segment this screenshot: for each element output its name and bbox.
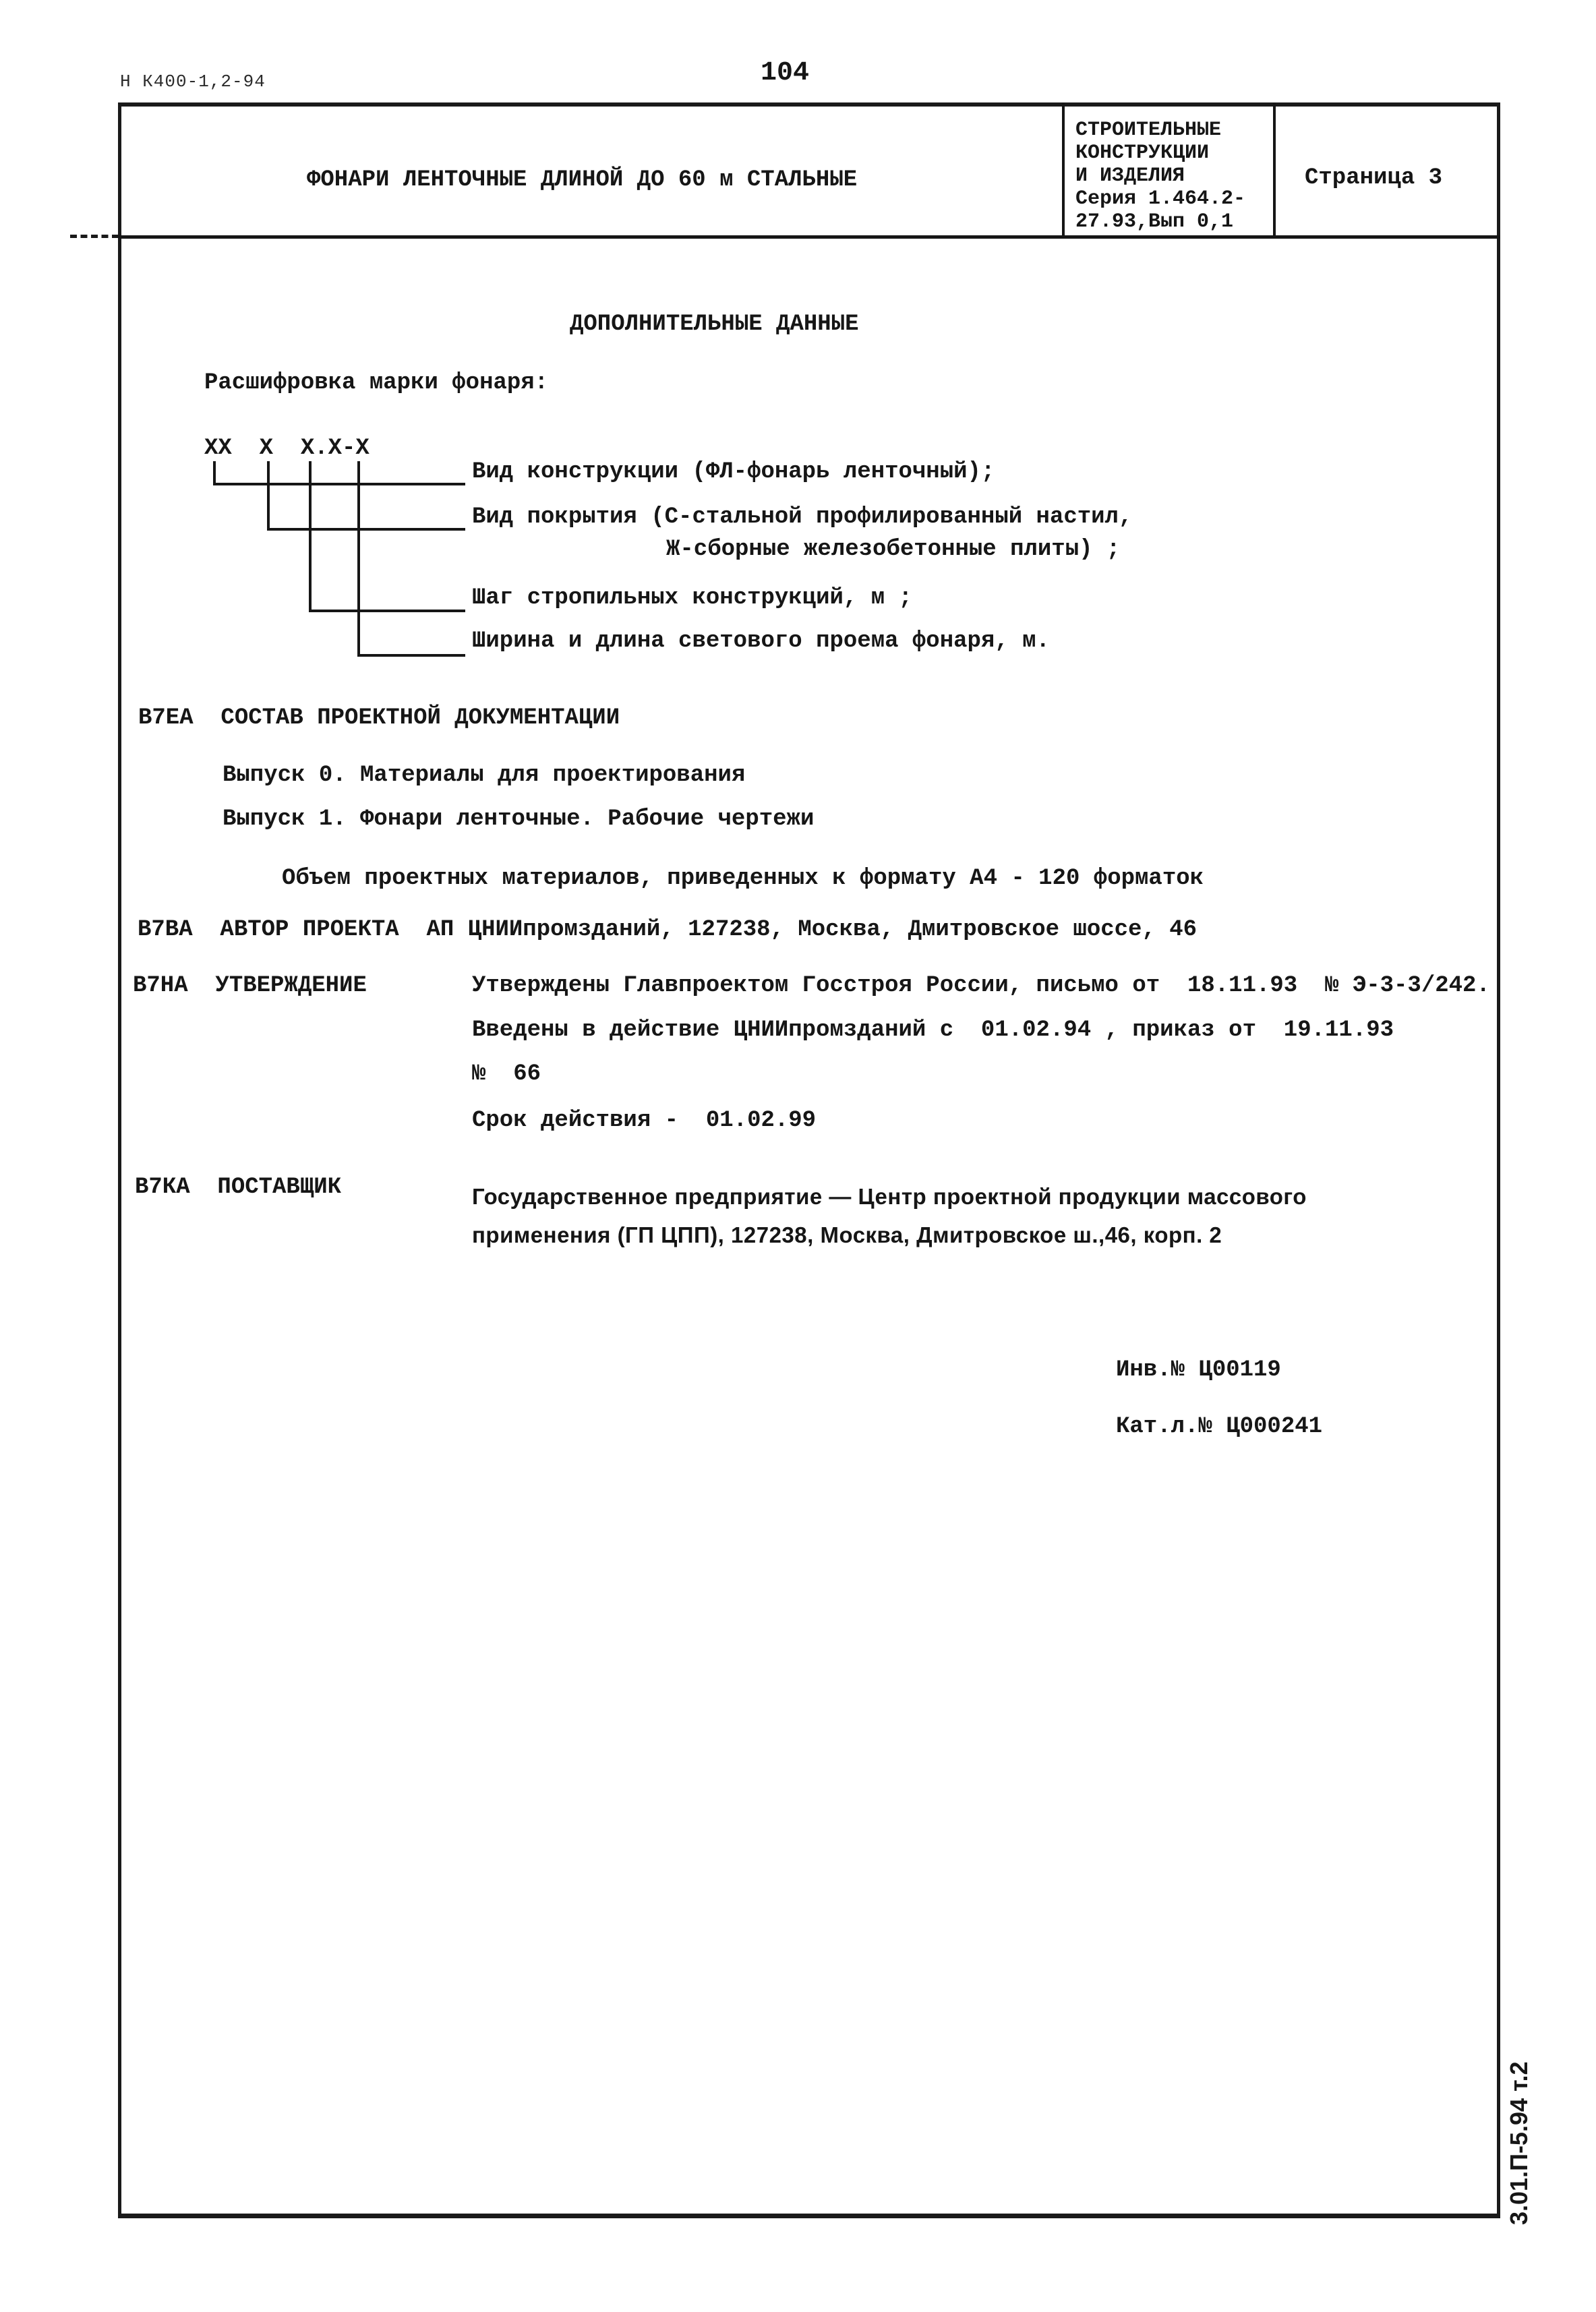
approval-line-2: Введены в действие ЦНИИпромзданий с 01.0… [472, 1017, 1394, 1043]
page-frame [118, 102, 1500, 2218]
series-cell-left-border [1062, 102, 1065, 237]
series-cell-line-2: КОНСТРУКЦИИ [1075, 142, 1209, 165]
series-cell-line-5: 27.93,Вып 0,1 [1075, 210, 1233, 233]
approval-line-3: № 66 [472, 1061, 541, 1087]
approval-label: В7НА УТВЕРЖДЕНИЕ [133, 973, 367, 999]
decode-connector-h2 [267, 528, 465, 531]
decode-connector-v1 [213, 461, 216, 485]
author-line: В7ВА АВТОР ПРОЕКТА АП ЦНИИпромзданий, 12… [138, 917, 1197, 943]
series-cell-line-3: И ИЗДЕЛИЯ [1075, 165, 1185, 187]
series-cell-right-border [1273, 102, 1276, 237]
edition-code-vertical: 3.01.П-5.94 т.2 [1505, 2062, 1533, 2226]
decode-label-construction: Вид конструкции (ФЛ-фонарь ленточный); [472, 459, 995, 485]
supplier-label: В7КА ПОСТАВЩИК [135, 1175, 341, 1200]
supplier-line-1: Государственное предприятие — Центр прое… [472, 1184, 1307, 1210]
docs-issue-0: Выпуск 0. Материалы для проектирования [223, 763, 745, 788]
page-cell-label: Страница 3 [1305, 165, 1442, 191]
document-title: ФОНАРИ ЛЕНТОЧНЫЕ ДЛИНОЙ ДО 60 м СТАЛЬНЫЕ [307, 167, 857, 193]
decode-label-opening-size: Ширина и длина светового проема фонаря, … [472, 628, 1050, 654]
header-band-separator [118, 235, 1500, 239]
inventory-number: Инв.№ Ц00119 [1116, 1357, 1281, 1383]
decode-connector-h3 [309, 610, 465, 612]
margin-dash-marks [70, 235, 119, 238]
decode-connector-v4 [357, 461, 360, 657]
decode-connector-v2 [267, 461, 270, 531]
mark-pattern: XX X X.X-X [204, 436, 370, 461]
decode-connector-v3 [309, 461, 312, 612]
scanned-document-page: Н К400-1,2-94 104 ФОНАРИ ЛЕНТОЧНЫЕ ДЛИНО… [0, 0, 1596, 2312]
decode-label-coating-2: Ж-сборные железобетонные плиты) ; [666, 537, 1120, 562]
series-cell-line-4: Серия 1.464.2- [1075, 187, 1245, 210]
decode-connector-h1 [213, 483, 465, 485]
decode-intro: Расшифровка марки фонаря: [204, 370, 548, 396]
decode-label-coating-1: Вид покрытия (С-стальной профилированный… [472, 504, 1132, 530]
docs-volume: Объем проектных материалов, приведенных … [282, 866, 1204, 891]
supplier-line-2: применения (ГП ЦПП), 127238, Москва, Дми… [472, 1222, 1222, 1248]
series-cell-line-1: СТРОИТЕЛЬНЫЕ [1075, 119, 1221, 142]
decode-connector-h4 [357, 654, 465, 657]
docs-issue-1: Выпуск 1. Фонари ленточные. Рабочие черт… [223, 806, 814, 832]
page-number: 104 [761, 58, 809, 88]
approval-line-1: Утверждены Главпроектом Госстроя России,… [472, 973, 1490, 999]
approval-line-4: Срок действия - 01.02.99 [472, 1108, 816, 1133]
section-title: ДОПОЛНИТЕЛЬНЫЕ ДАННЫЕ [570, 312, 858, 337]
docs-section-heading: В7ЕА СОСТАВ ПРОЕКТНОЙ ДОКУМЕНТАЦИИ [138, 705, 620, 731]
doc-code: Н К400-1,2-94 [120, 71, 266, 92]
decode-label-truss-step: Шаг стропильных конструкций, м ; [472, 585, 912, 611]
catalog-number: Кат.л.№ Ц000241 [1116, 1414, 1322, 1440]
